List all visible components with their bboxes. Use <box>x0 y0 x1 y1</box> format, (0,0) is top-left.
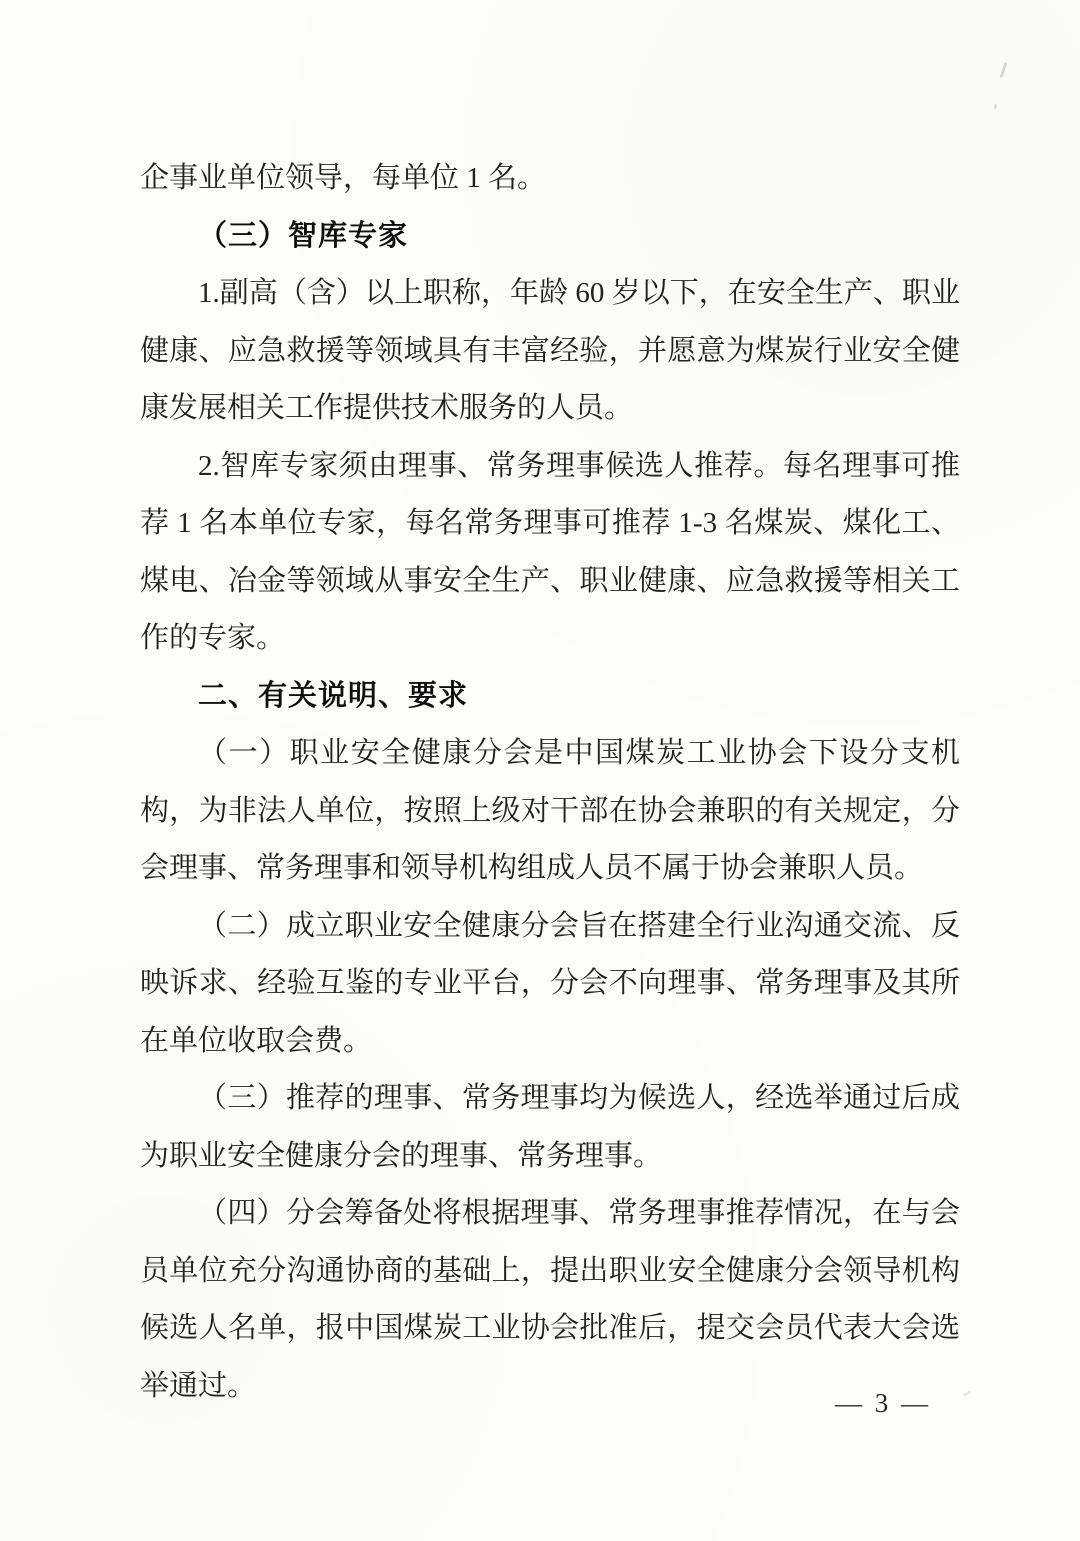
scan-artifact-speck <box>963 1390 972 1396</box>
section-heading-explanations-requirements: 二、有关说明、要求 <box>140 668 960 726</box>
scan-artifact-speck <box>994 104 997 109</box>
document-page: 企事业单位领导，每单位 1 名。 （三）智库专家 1.副高（含）以上职称，年龄 … <box>0 0 1080 1541</box>
paragraph-expert-qualifications: 1.副高（含）以上职称，年龄 60 岁以下，在安全生产、职业健康、应急救援等领域… <box>140 265 960 438</box>
page-number: — 3 — <box>828 1388 938 1419</box>
paragraph-continuation: 企事业单位领导，每单位 1 名。 <box>140 150 960 208</box>
document-text-block: 企事业单位领导，每单位 1 名。 （三）智库专家 1.副高（含）以上职称，年龄 … <box>140 150 960 1415</box>
section-heading-think-tank-experts: （三）智库专家 <box>140 208 960 266</box>
paragraph-item-1: （一）职业安全健康分会是中国煤炭工业协会下设分支机构，为非法人单位，按照上级对干… <box>140 725 960 898</box>
paragraph-item-4: （四）分会筹备处将根据理事、常务理事推荐情况，在与会员单位充分沟通协商的基础上，… <box>140 1185 960 1415</box>
scan-artifact-mark <box>1000 62 1008 78</box>
paragraph-item-3: （三）推荐的理事、常务理事均为候选人，经选举通过后成为职业安全健康分会的理事、常… <box>140 1070 960 1185</box>
paragraph-expert-recommendation: 2.智库专家须由理事、常务理事候选人推荐。每名理事可推荐 1 名本单位专家，每名… <box>140 438 960 668</box>
paragraph-item-2: （二）成立职业安全健康分会旨在搭建全行业沟通交流、反映诉求、经验互鉴的专业平台，… <box>140 898 960 1071</box>
